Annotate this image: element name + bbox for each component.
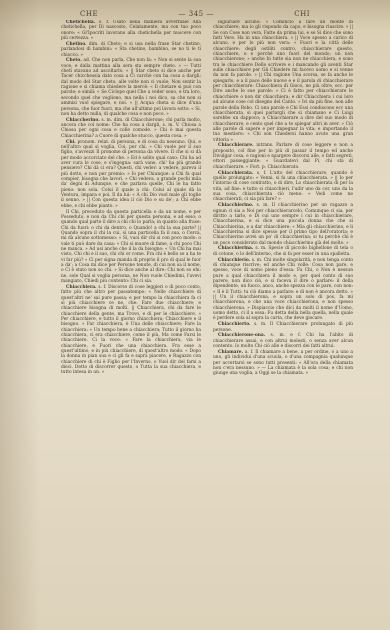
- entry-headword: Chiacchierina.: [218, 246, 253, 251]
- entry-headword: Chiacchierone-ona.: [218, 333, 265, 338]
- dictionary-columns: Chetichella. s. f. Usato nella maniera a…: [61, 20, 353, 560]
- entry-definition: ad. Che non parla, Che non fa: « Non si …: [61, 58, 201, 116]
- entry-definition: s. f. L'atto del chiacchierare, quando è…: [213, 171, 353, 203]
- entry-definition: Il Chi, preceduto da questa particella o…: [61, 210, 201, 284]
- left-column: Chetichella. s. f. Usato nella maniera a…: [61, 20, 201, 560]
- dictionary-entry: Cheto. ad. Che non parla, Che non fa: « …: [61, 58, 201, 117]
- dictionary-entry: Chiacchierto. s. m. Il Chiacchierare pro…: [213, 322, 353, 333]
- dictionary-entry: Chiacchiera. s. f. Discorso di cose legg…: [61, 285, 201, 376]
- dictionary-entry: Chiacchierino. s. m. Il chiacchierino pe…: [213, 203, 353, 246]
- dictionary-entry: Chi. pronom. relat. di persona, e di cos…: [61, 140, 201, 209]
- dictionary-entry: Chetino. dim. di Cheto; e si usa nella f…: [61, 42, 201, 58]
- dictionary-entry: Chiacchierare. intrans. Parlare di cose …: [213, 143, 353, 170]
- dictionary-entry: ingiuriare alcuno: « Cominciò a fare un …: [213, 20, 353, 143]
- entry-headword: Chiacchierata.: [218, 171, 253, 176]
- entry-definition: ingiuriare alcuno: « Cominciò a fare un …: [213, 20, 353, 143]
- right-column: ingiuriare alcuno: « Cominciò a fare un …: [213, 20, 353, 560]
- entry-definition: pronom. relat. di persona, e di cosa da …: [61, 140, 201, 209]
- entry-headword: Chi.: [66, 140, 76, 145]
- header-left-guideword: CHE: [80, 10, 98, 18]
- entry-headword: Chiacchierare.: [218, 143, 254, 148]
- entry-headword: Chetichella.: [66, 20, 95, 25]
- dictionary-entry: Chiamare. a. f. Il chiamare a bene, a pe…: [213, 350, 353, 377]
- dictionary-entry: Il Chi, preceduto da questa particella o…: [61, 210, 201, 285]
- running-header: CHE — 345 — CHI: [80, 10, 310, 18]
- dictionary-entry: Chiacchierío. s. m. Chi molte singolarit…: [213, 258, 353, 322]
- dictionary-entry: Chiacchierone-ona. s. m. e f. Chi ha l'a…: [213, 333, 353, 349]
- entry-headword: Chiacchierino.: [218, 203, 253, 208]
- entry-headword: Chiacchiera.: [66, 285, 97, 290]
- entry-headword: Cheto.: [66, 58, 82, 63]
- entry-definition: s. m. Il chiacchierino per un ragazzo a …: [213, 203, 353, 245]
- entry-definition: s. f. Discorso di cose leggieri o di poc…: [61, 285, 201, 376]
- dictionary-entry: Chetichella. s. f. Usato nella maniera a…: [61, 20, 201, 41]
- dictionary-entry: Chiacchierina. s. m. Specie di piccolo b…: [213, 246, 353, 257]
- entry-headword: Chiacchierío.: [218, 258, 250, 263]
- entry-definition: s. m. Chi molte singolarità, e non tenga…: [213, 258, 353, 322]
- dictionary-entry: Chiaccherino. s. m. dim. di Chiacchieron…: [61, 118, 201, 139]
- page-shadow: [0, 0, 40, 630]
- page-number: — 345 —: [179, 10, 214, 18]
- dictionary-entry: Chiacchierata. s. f. L'atto del chiacchi…: [213, 171, 353, 203]
- entry-headword: Chiaccherino.: [66, 118, 100, 123]
- entry-headword: Chetino.: [66, 42, 87, 47]
- header-right-guideword: CHI: [294, 10, 310, 18]
- entry-headword: Chiamare.: [218, 350, 243, 355]
- entry-headword: Chiacchierto.: [218, 322, 251, 327]
